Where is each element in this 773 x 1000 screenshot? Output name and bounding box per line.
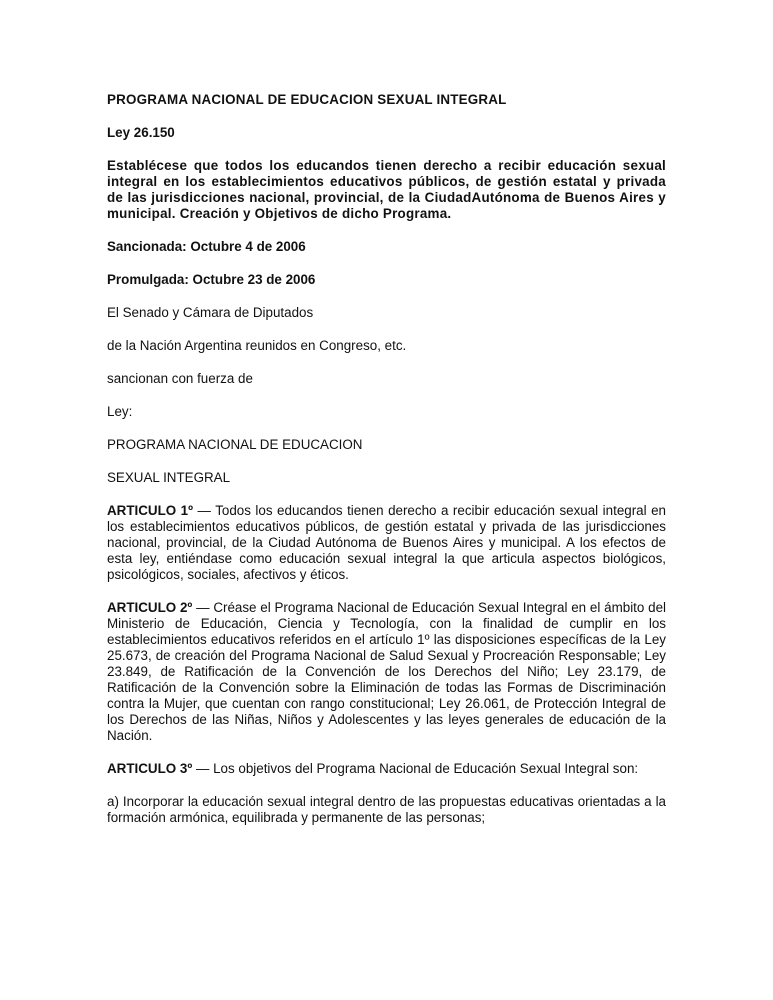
law-summary: Establécese que todos los educandos tien… [107, 158, 666, 222]
preamble-line: sancionan con fuerza de [107, 371, 666, 387]
article-3: ARTICULO 3º — Los objetivos del Programa… [107, 761, 666, 777]
article-heading: ARTICULO 1º [107, 503, 193, 518]
article-heading: ARTICULO 2º [107, 600, 192, 615]
sanction-date: Sancionada: Octubre 4 de 2006 [107, 239, 666, 255]
preamble-line: Ley: [107, 404, 666, 420]
preamble-line: PROGRAMA NACIONAL DE EDUCACION [107, 437, 666, 453]
preamble-line: SEXUAL INTEGRAL [107, 470, 666, 486]
preamble-line: de la Nación Argentina reunidos en Congr… [107, 338, 666, 354]
objective-item: a) Incorporar la educación sexual integr… [107, 794, 666, 826]
article-2: ARTICULO 2º — Créase el Programa Naciona… [107, 600, 666, 744]
preamble-line: El Senado y Cámara de Diputados [107, 305, 666, 321]
document-title: PROGRAMA NACIONAL DE EDUCACION SEXUAL IN… [107, 92, 666, 108]
article-text: — Créase el Programa Nacional de Educaci… [107, 600, 666, 743]
article-heading: ARTICULO 3º [107, 761, 192, 776]
law-number: Ley 26.150 [107, 125, 666, 141]
article-1: ARTICULO 1º — Todos los educandos tienen… [107, 503, 666, 583]
promulgation-date: Promulgada: Octubre 23 de 2006 [107, 272, 666, 288]
article-text: — Los objetivos del Programa Nacional de… [192, 761, 638, 776]
document-page: PROGRAMA NACIONAL DE EDUCACION SEXUAL IN… [107, 92, 666, 826]
